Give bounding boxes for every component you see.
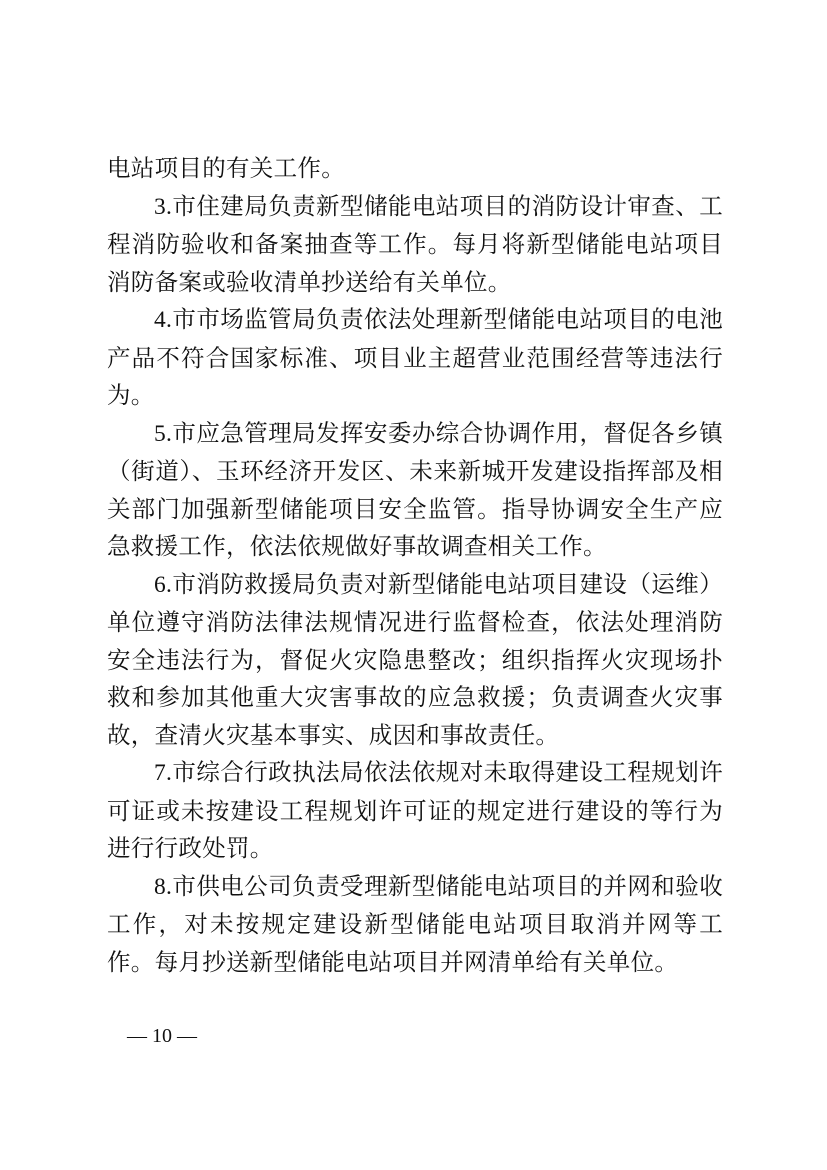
item-number: 3. [154,194,172,220]
paragraph-item-3: 3.市住建局负责新型储能电站项目的消防设计审查、工程消防验收和备案抽查等工作。每… [107,188,723,302]
item-number: 8. [154,874,172,900]
item-number: 6. [154,572,172,598]
item-number: 5. [154,421,172,447]
paragraph-text: 市住建局负责新型储能电站项目的消防设计审查、工程消防验收和备案抽查等工作。每月将… [107,192,723,296]
paragraph-continuation: 电站项目的有关工作。 [107,150,723,188]
paragraph-item-4: 4.市市场监管局负责依法处理新型储能电站项目的电池产品不符合国家标准、项目业主超… [107,301,723,415]
page-number: — 10 — [127,1025,197,1048]
paragraph-item-5: 5.市应急管理局发挥安委办综合协调作用，督促各乡镇（街道）、玉环经济开发区、未来… [107,415,723,566]
item-number: 7. [154,760,172,786]
paragraph-item-6: 6.市消防救援局负责对新型储能电站项目建设（运维）单位遵守消防法律法规情况进行监… [107,566,723,755]
item-number: 4. [154,307,172,333]
paragraph-text: 市消防救援局负责对新型储能电站项目建设（运维）单位遵守消防法律法规情况进行监督检… [107,570,723,749]
document-page: 电站项目的有关工作。 3.市住建局负责新型储能电站项目的消防设计审查、工程消防验… [107,150,723,981]
paragraph-item-7: 7.市综合行政执法局依法依规对未取得建设工程规划许可证或未按建设工程规划许可证的… [107,754,723,868]
paragraph-text: 市供电公司负责受理新型储能电站项目的并网和验收工作，对未按规定建设新型储能电站项… [107,872,723,976]
paragraph-text: 市应急管理局发挥安委办综合协调作用，督促各乡镇（街道）、玉环经济开发区、未来新城… [107,419,723,561]
paragraph-item-8: 8.市供电公司负责受理新型储能电站项目的并网和验收工作，对未按规定建设新型储能电… [107,868,723,982]
paragraph-text: 市市场监管局负责依法处理新型储能电站项目的电池产品不符合国家标准、项目业主超营业… [107,305,723,409]
paragraph-text: 电站项目的有关工作。 [107,154,345,182]
paragraph-text: 市综合行政执法局依法依规对未取得建设工程规划许可证或未按建设工程规划许可证的规定… [107,758,723,862]
